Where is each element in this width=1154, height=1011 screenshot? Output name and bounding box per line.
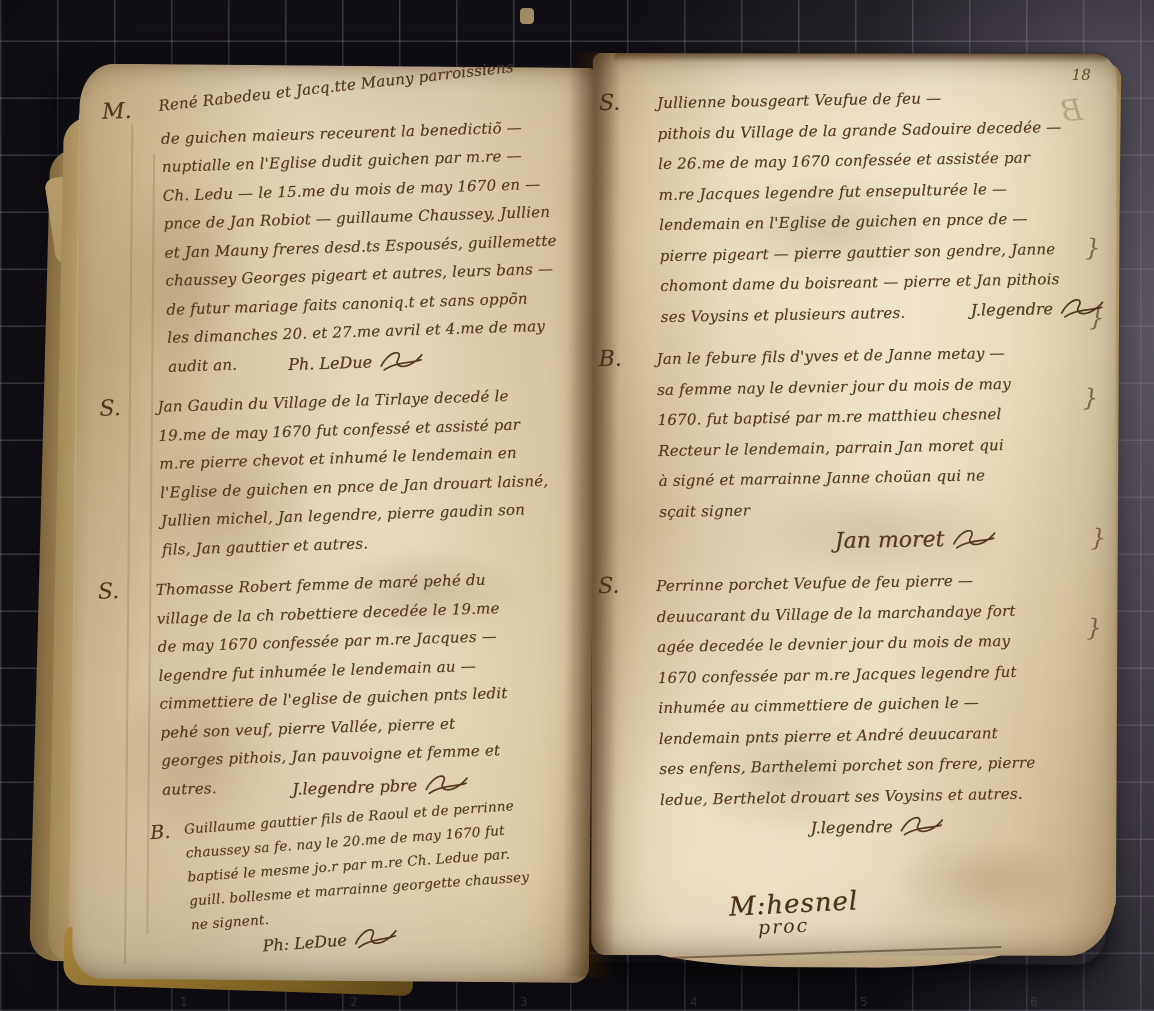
right-entry-2: B.Jan le febure fils d'yves et de Janne … (598, 336, 1107, 558)
line-end-flourish (1085, 234, 1100, 262)
signature-paraph-icon (898, 812, 944, 839)
margin-letter: S. (598, 571, 661, 844)
line-end-flourish (1091, 524, 1106, 552)
margin-letter: S. (599, 88, 661, 329)
ruler-number: 2 (350, 995, 359, 1009)
line-end-flourish (1086, 614, 1101, 642)
ruler-number: 1 (180, 995, 189, 1009)
left-entry-3: S.Thomasse Robert femme de maré pehé duv… (97, 563, 582, 808)
line-end-flourish (1083, 384, 1098, 412)
photograph-parish-register: 123456 M.René Rabedeu et Jacq.tte Mauny … (0, 0, 1154, 1011)
left-entry-1: M.René Rabedeu et Jacq.tte Mauny parrois… (102, 83, 589, 383)
signature: Ph. LeDue (288, 352, 372, 374)
margin-letter: S. (99, 393, 162, 566)
signature: Jan moret (835, 527, 945, 554)
margin-letter: S. (97, 576, 162, 808)
open-register-book: M.René Rabedeu et Jacq.tte Mauny parrois… (15, 9, 1125, 1000)
rector-signature-block: M:hesnel proc (728, 886, 860, 940)
right-entry-3: S.Perrinne porchet Veufue de feu pierre … (598, 563, 1108, 844)
left-page-entries: M.René Rabedeu et Jacq.tte Mauny parrois… (94, 98, 580, 982)
right-page-entries: S.Jullienne bousgeart Veufue de feu —pit… (597, 89, 1103, 857)
margin-letter: B. (598, 344, 660, 558)
signature-paraph-icon (423, 770, 470, 797)
left-entry-4: B.Guillaume gauttier fils de Raoul et de… (149, 790, 582, 966)
left-page: M.René Rabedeu et Jacq.tte Mauny parrois… (72, 64, 597, 983)
signature-paraph-icon (352, 923, 400, 952)
signature: J.legendre pbre (292, 775, 417, 798)
paper-speck (520, 8, 534, 24)
signature-paraph-icon (378, 347, 425, 374)
right-page: 18 B S.Jullienne bousgeart Veufue de feu… (591, 53, 1117, 956)
line-end-flourish (1089, 304, 1104, 332)
signature-paraph-icon (950, 525, 996, 552)
signature: Ph: LeDue (262, 930, 347, 955)
margin-letter: M. (102, 96, 169, 383)
left-entry-2: S.Jan Gaudin du Village de la Tirlaye de… (99, 380, 582, 566)
ruler-number: 3 (520, 995, 529, 1009)
right-entry-1: S.Jullienne bousgeart Veufue de feu —pit… (599, 80, 1108, 329)
signature: J.legendre (810, 816, 893, 836)
signature: J.legendre (970, 299, 1053, 319)
